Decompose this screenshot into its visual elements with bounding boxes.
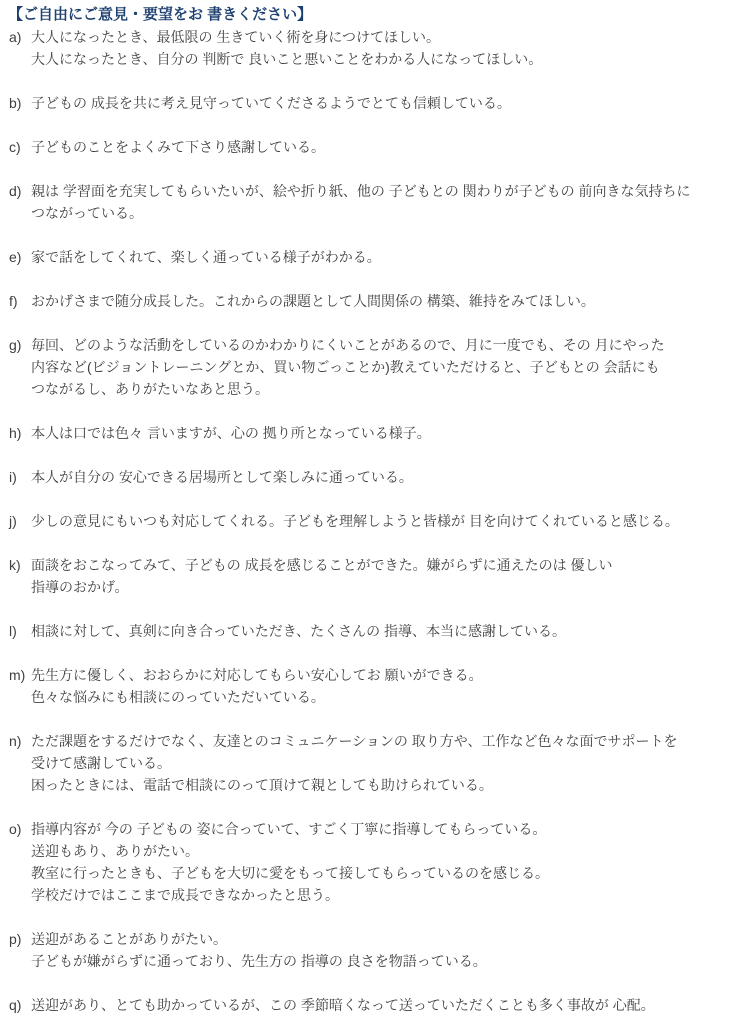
comment-line: 子どものことをよくみて下さり感謝している。: [31, 136, 744, 158]
comment-item-label: o): [9, 818, 21, 840]
comment-item: c)子どものことをよくみて下さり感謝している。: [8, 136, 744, 158]
comment-line: 学校だけではここまで成長できなかったと思う。: [31, 884, 744, 906]
comment-item-label: g): [9, 334, 21, 356]
comment-lines: 大人になったとき、最低限の 生きていく術を身につけてほしい。大人になったとき、自…: [31, 26, 744, 70]
comment-line: 本人が自分の 安心できる居場所として楽しみに通っている。: [31, 466, 744, 488]
comment-lines: 少しの意見にもいつも対応してくれる。子どもを理解しようと皆様が 目を向けてくれて…: [31, 510, 744, 532]
comment-item: l)相談に対して、真剣に向き合っていただき、たくさんの 指導、本当に感謝している…: [8, 620, 744, 642]
comment-line: 面談をおこなってみて、子どもの 成長を感じることができた。嫌がらずに通えたのは …: [31, 554, 744, 576]
comment-item-label: p): [9, 928, 21, 950]
comment-line: 困ったときには、電話で相談にのって頂けて親としても助けられている。: [31, 774, 744, 796]
comment-line: 指導内容が 今の 子どもの 姿に合っていて、すごく丁寧に指導してもらっている。: [31, 818, 744, 840]
comment-item: n)ただ課題をするだけでなく、友達とのコミュニケーションの 取り方や、工作など色…: [8, 730, 744, 796]
comment-line: 色々な悩みにも相談にのっていただいている。: [31, 686, 744, 708]
comment-item: p)送迎があることがありがたい。子どもが嫌がらずに通っており、先生方の 指導の …: [8, 928, 744, 972]
comment-item-label: n): [9, 730, 21, 752]
comment-lines: 相談に対して、真剣に向き合っていただき、たくさんの 指導、本当に感謝している。: [31, 620, 744, 642]
comment-lines: 本人は口では色々 言いますが、心の 拠り所となっている様子。: [31, 422, 744, 444]
comment-lines: 毎回、どのような活動をしているのかわかりにくいことがあるので、月に一度でも、その…: [31, 334, 744, 400]
comment-lines: 親は 学習面を充実してもらいたいが、絵や折り紙、他の 子どもとの 関わりが子ども…: [31, 180, 744, 224]
comment-item: q)送迎があり、とても助かっているが、この 季節暗くなって送っていただくことも多…: [8, 994, 744, 1013]
comment-item-label: k): [9, 554, 21, 576]
comment-item: j)少しの意見にもいつも対応してくれる。子どもを理解しようと皆様が 目を向けてく…: [8, 510, 744, 532]
comments-list: a)大人になったとき、最低限の 生きていく術を身につけてほしい。大人になったとき…: [8, 26, 744, 1013]
comment-line: 送迎があることがありがたい。: [31, 928, 744, 950]
comment-lines: 本人が自分の 安心できる居場所として楽しみに通っている。: [31, 466, 744, 488]
comment-item-label: d): [9, 180, 21, 202]
comment-lines: 家で話をしてくれて、楽しく通っている様子がわかる。: [31, 246, 744, 268]
comment-lines: ただ課題をするだけでなく、友達とのコミュニケーションの 取り方や、工作など色々な…: [31, 730, 744, 796]
comment-line: 指導のおかげ。: [31, 576, 744, 598]
comment-item: h)本人は口では色々 言いますが、心の 拠り所となっている様子。: [8, 422, 744, 444]
comment-item-label: c): [9, 136, 21, 158]
comment-item: g)毎回、どのような活動をしているのかわかりにくいことがあるので、月に一度でも、…: [8, 334, 744, 400]
comment-item: e)家で話をしてくれて、楽しく通っている様子がわかる。: [8, 246, 744, 268]
comment-line: 親は 学習面を充実してもらいたいが、絵や折り紙、他の 子どもとの 関わりが子ども…: [31, 180, 744, 202]
comment-line: 相談に対して、真剣に向き合っていただき、たくさんの 指導、本当に感謝している。: [31, 620, 744, 642]
comment-item: k)面談をおこなってみて、子どもの 成長を感じることができた。嫌がらずに通えたの…: [8, 554, 744, 598]
page-title: 【ご自由にご意見・要望をお 書きください】: [8, 4, 744, 26]
comment-item: i)本人が自分の 安心できる居場所として楽しみに通っている。: [8, 466, 744, 488]
comment-line: 子どもの 成長を共に考え見守っていてくださるようでとても信頼している。: [31, 92, 744, 114]
comment-line: ただ課題をするだけでなく、友達とのコミュニケーションの 取り方や、工作など色々な…: [31, 730, 744, 752]
comment-line: 内容など(ビジョントレーニングとか、買い物ごっことか)教えていただけると、子ども…: [31, 356, 744, 378]
comment-item: o)指導内容が 今の 子どもの 姿に合っていて、すごく丁寧に指導してもらっている…: [8, 818, 744, 906]
comment-line: 教室に行ったときも、子どもを大切に愛をもって接してもらっているのを感じる。: [31, 862, 744, 884]
comment-item-label: i): [9, 466, 17, 488]
comment-item-label: h): [9, 422, 21, 444]
comment-item-label: m): [9, 664, 25, 686]
comment-lines: 子どもの 成長を共に考え見守っていてくださるようでとても信頼している。: [31, 92, 744, 114]
document: 【ご自由にご意見・要望をお 書きください】 a)大人になったとき、最低限の 生き…: [0, 0, 744, 1013]
comment-line: つながっている。: [31, 202, 744, 224]
comment-item: d)親は 学習面を充実してもらいたいが、絵や折り紙、他の 子どもとの 関わりが子…: [8, 180, 744, 224]
comment-item-label: l): [9, 620, 17, 642]
comment-item-label: b): [9, 92, 21, 114]
comment-line: 受けて感謝している。: [31, 752, 744, 774]
comment-lines: 指導内容が 今の 子どもの 姿に合っていて、すごく丁寧に指導してもらっている。送…: [31, 818, 744, 906]
comment-line: 少しの意見にもいつも対応してくれる。子どもを理解しようと皆様が 目を向けてくれて…: [31, 510, 744, 532]
comment-item: b)子どもの 成長を共に考え見守っていてくださるようでとても信頼している。: [8, 92, 744, 114]
comment-line: 大人になったとき、最低限の 生きていく術を身につけてほしい。: [31, 26, 744, 48]
comment-item-label: f): [9, 290, 18, 312]
comment-line: 大人になったとき、自分の 判断で 良いこと悪いことをわかる人になってほしい。: [31, 48, 744, 70]
comment-lines: 送迎があり、とても助かっているが、この 季節暗くなって送っていただくことも多く事…: [31, 994, 744, 1013]
comment-lines: おかげさまで随分成長した。これからの課題として人間関係の 構築、維持をみてほしい…: [31, 290, 744, 312]
comment-lines: 先生方に優しく、おおらかに対応してもらい安心してお 願いができる。色々な悩みにも…: [31, 664, 744, 708]
comment-item: f)おかげさまで随分成長した。これからの課題として人間関係の 構築、維持をみてほ…: [8, 290, 744, 312]
comment-lines: 送迎があることがありがたい。子どもが嫌がらずに通っており、先生方の 指導の 良さ…: [31, 928, 744, 972]
comment-lines: 面談をおこなってみて、子どもの 成長を感じることができた。嫌がらずに通えたのは …: [31, 554, 744, 598]
comment-line: 先生方に優しく、おおらかに対応してもらい安心してお 願いができる。: [31, 664, 744, 686]
comment-item-label: q): [9, 994, 21, 1013]
comment-line: 子どもが嫌がらずに通っており、先生方の 指導の 良さを物語っている。: [31, 950, 744, 972]
comment-line: 本人は口では色々 言いますが、心の 拠り所となっている様子。: [31, 422, 744, 444]
comment-line: おかげさまで随分成長した。これからの課題として人間関係の 構築、維持をみてほしい…: [31, 290, 744, 312]
comment-item: a)大人になったとき、最低限の 生きていく術を身につけてほしい。大人になったとき…: [8, 26, 744, 70]
comment-line: 毎回、どのような活動をしているのかわかりにくいことがあるので、月に一度でも、その…: [31, 334, 744, 356]
comment-line: つながるし、ありがたいなあと思う。: [31, 378, 744, 400]
comment-line: 家で話をしてくれて、楽しく通っている様子がわかる。: [31, 246, 744, 268]
page: { "page": { "title": "【ご自由にご意見・要望をお 書きくだ…: [0, 0, 744, 1013]
comment-line: 送迎があり、とても助かっているが、この 季節暗くなって送っていただくことも多く事…: [31, 994, 744, 1013]
comment-line: 送迎もあり、ありがたい。: [31, 840, 744, 862]
comment-lines: 子どものことをよくみて下さり感謝している。: [31, 136, 744, 158]
comment-item-label: j): [9, 510, 17, 532]
comment-item-label: a): [9, 26, 21, 48]
comment-item: m)先生方に優しく、おおらかに対応してもらい安心してお 願いができる。色々な悩み…: [8, 664, 744, 708]
comment-item-label: e): [9, 246, 21, 268]
